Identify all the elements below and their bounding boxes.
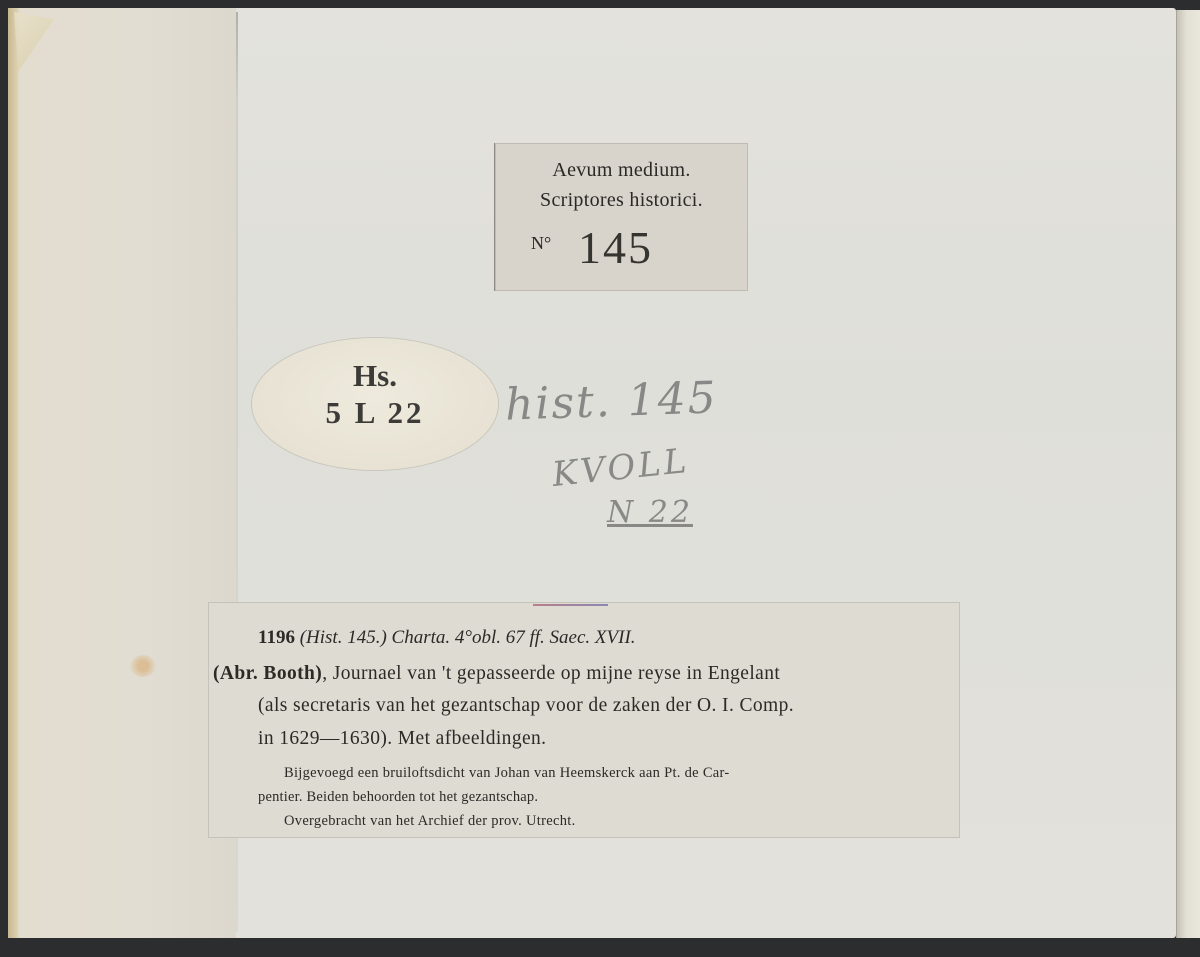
aevum-medium-label: Aevum medium. Scriptores historici. N° 1… [494,143,748,291]
catalog-provenance: Overgebracht van het Archief der prov. U… [284,813,576,830]
pencil-note: hist. 145 [504,372,718,430]
catalog-line: (als secretaris van het gezantschap voor… [258,695,794,717]
catalog-heading: 1196 (Hist. 145.) Charta. 4°obl. 67 ff. … [258,627,636,649]
background-edge [0,938,1200,957]
shelfmark-label: Hs. 5 L 22 [252,338,498,470]
label-line: Aevum medium. [495,159,748,182]
binding-edge [8,8,18,938]
label-number: 145 [578,221,653,274]
decorative-rule [533,604,608,606]
number-prefix: N° [531,233,551,254]
next-page-edge [1176,10,1200,940]
catalog-reference: (Hist. 145.) [300,627,387,648]
catalog-description: Charta. 4°obl. 67 ff. Saec. XVII. [392,627,636,648]
binding-strip [8,8,236,938]
catalog-number: 1196 [258,627,295,648]
label-line: Scriptores historici. [495,189,748,212]
catalog-note: Bijgevoegd een bruiloftsdicht van Johan … [284,765,730,782]
catalog-line: in 1629—1630). Met afbeeldingen. [258,728,546,750]
shelfmark-prefix: Hs. [252,358,498,394]
catalog-author: (Abr. Booth) [213,663,322,684]
shelfmark-number: 5 L 22 [252,395,498,431]
catalog-note: pentier. Beiden behoorden tot het gezant… [258,789,538,806]
catalog-entry-label: 1196 (Hist. 145.) Charta. 4°obl. 67 ff. … [208,602,960,838]
catalog-title: , Journael van 't gepasseerde op mijne r… [322,663,780,684]
foxing-stain [130,655,156,677]
catalog-title-line: (Abr. Booth), Journael van 't gepasseerd… [213,663,780,685]
pencil-note: N 22 [607,495,693,530]
